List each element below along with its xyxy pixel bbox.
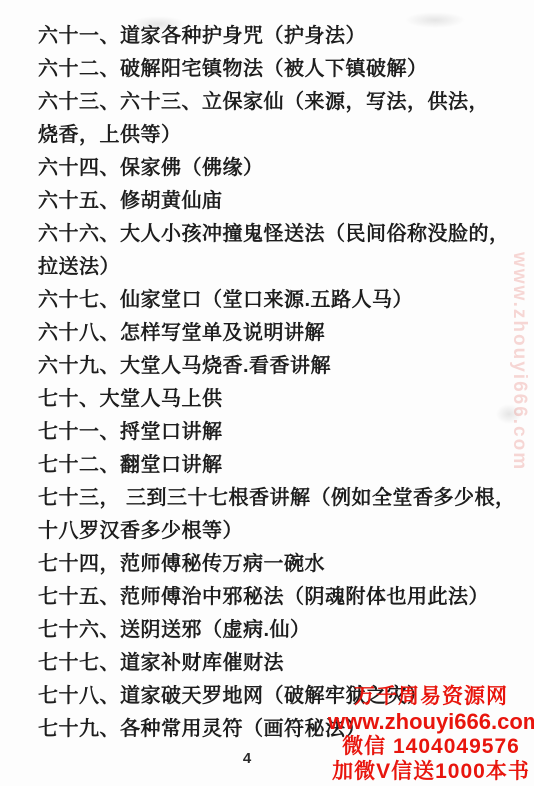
watermark-wechat-id: 微信 1404049576 [328,734,534,759]
toc-item: 七十三， 三到三十七根香讲解（例如全堂香多少根， [38,482,508,515]
watermark-site-name: 万千周易资源网 [328,684,534,709]
toc-item: 七十四，范师傅秘传万病一碗水 [38,548,508,581]
toc-item: 七十六、送阴送邪（虚病.仙） [38,614,508,647]
toc-item: 十八罗汉香多少根等） [38,515,508,548]
watermark-url: www.zhouyi666.com [328,709,534,734]
toc-item: 七十五、范师傅治中邪秘法（阴魂附体也用此法） [38,581,508,614]
vertical-watermark-url: www.zhouyi666.com [508,252,530,582]
toc-item: 六十四、保家佛（佛缘） [38,152,508,185]
toc-item: 七十一、捋堂口讲解 [38,416,508,449]
toc-item: 六十一、道家各种护身咒（护身法） [38,20,508,53]
document-page: 六十一、道家各种护身咒（护身法）六十二、破解阳宅镇物法（被人下镇破解）六十三、六… [0,0,534,786]
toc-item: 七十、大堂人马上供 [38,383,508,416]
toc-item: 七十二、翻堂口讲解 [38,449,508,482]
toc-item: 六十七、仙家堂口（堂口来源.五路人马） [38,284,508,317]
toc-item: 六十九、大堂人马烧香.看香讲解 [38,350,508,383]
watermark-promo: 加微V信送1000本书 [328,759,534,784]
toc-item: 七十七、道家补财库催财法 [38,647,508,680]
toc-item: 烧香，上供等） [38,119,508,152]
toc-item: 六十八、怎样写堂单及说明讲解 [38,317,508,350]
toc-list: 六十一、道家各种护身咒（护身法）六十二、破解阳宅镇物法（被人下镇破解）六十三、六… [38,20,508,746]
toc-item: 六十二、破解阳宅镇物法（被人下镇破解） [38,53,508,86]
watermark-block: 万千周易资源网 www.zhouyi666.com 微信 1404049576 … [328,684,534,784]
toc-item: 拉送法） [38,251,508,284]
toc-item: 六十三、六十三、立保家仙（来源，写法，供法， [38,86,508,119]
toc-item: 六十五、修胡黄仙庙 [38,185,508,218]
toc-item: 六十六、大人小孩冲撞鬼怪送法（民间俗称没脸的， [38,218,508,251]
